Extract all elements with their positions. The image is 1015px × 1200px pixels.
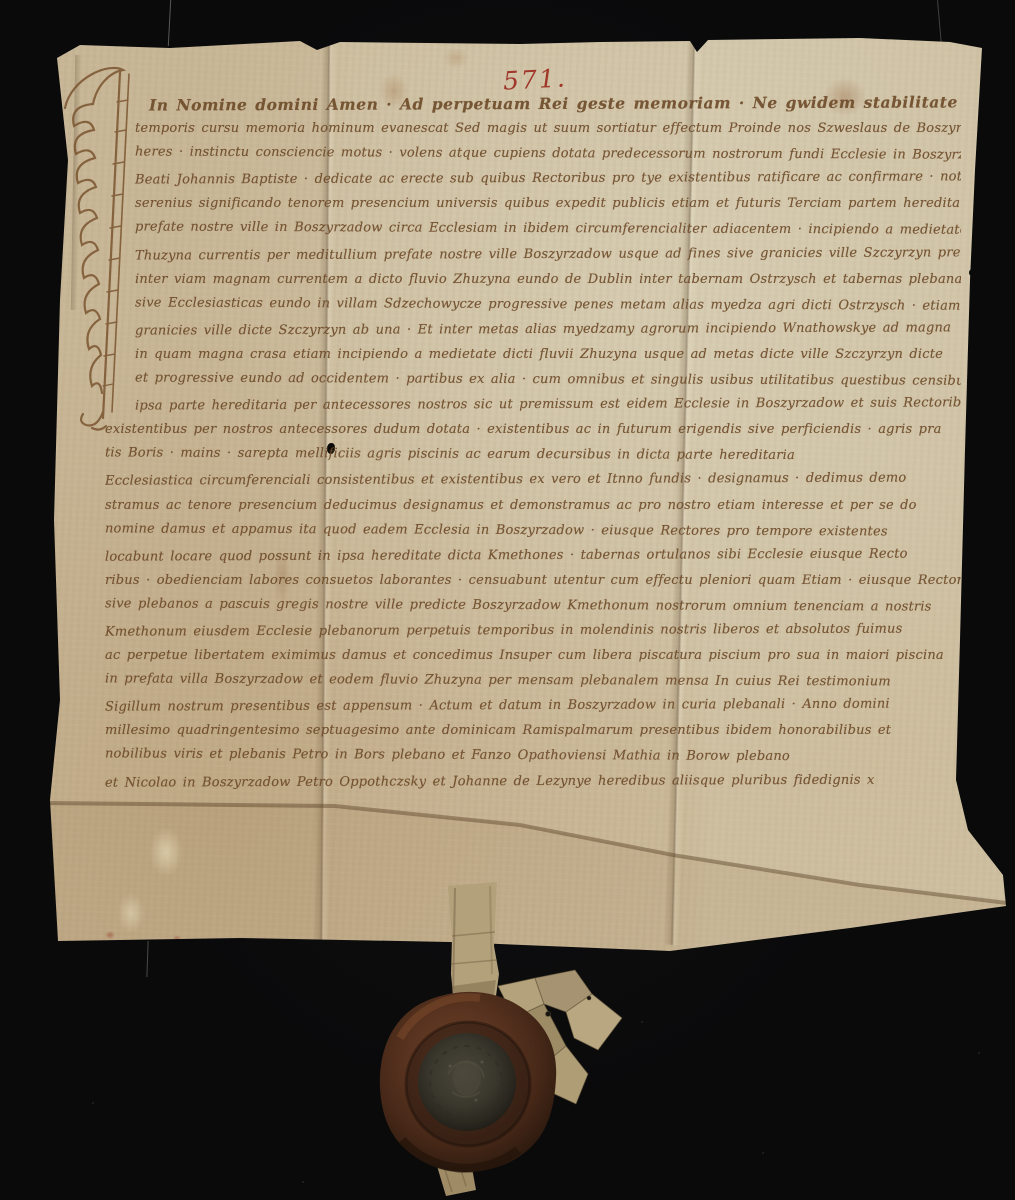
dust-speck xyxy=(92,1102,94,1104)
stain xyxy=(173,935,181,942)
manuscript-text-line: temporis cursu memoria hominum evanescat… xyxy=(105,116,961,141)
stain xyxy=(117,893,145,933)
manuscript-text-line: sive Ecclesiasticas eundo in villam Sdze… xyxy=(105,290,961,318)
seal-tag xyxy=(448,882,499,1011)
manuscript-text-line: inter viam magnam currentem a dicto fluv… xyxy=(105,267,961,292)
manuscript-text-line: locabunt locare quod possunt in ipsa her… xyxy=(105,541,961,569)
stain xyxy=(105,931,115,939)
manuscript-text-line: ipsa parte hereditaria per antecessores … xyxy=(105,390,961,418)
manuscript-text-line: ribus · obedienciam labores consuetos la… xyxy=(105,568,961,593)
seal-assembly xyxy=(330,878,660,1200)
manuscript-text-line: granicies ville dicte Szczyrzyn ab una ·… xyxy=(105,315,961,343)
dust-fiber xyxy=(168,0,171,46)
manuscript-text-line: Ecclesiastica circumferenciali consisten… xyxy=(105,466,961,494)
manuscript-text-line: sive plebanos a pascuis gregis nostre vi… xyxy=(105,591,961,619)
parchment: 571. In Nomine domini Amen · Ad perpetua… xyxy=(45,35,1007,953)
manuscript-text-line: et progressive eundo ad occidentem · par… xyxy=(105,365,961,393)
dust-speck xyxy=(978,1052,980,1054)
wax-seal xyxy=(380,992,556,1172)
manuscript-text-line: nomine damus et appamus ita quod eadem E… xyxy=(105,516,961,544)
dust-fiber xyxy=(146,941,148,977)
manuscript-text-line: in prefata villa Boszyrzadow et eodem fl… xyxy=(105,667,961,695)
manuscript-text-line: Kmethonum eiusdem Ecclesie plebanorum pe… xyxy=(105,616,961,644)
manuscript-text-line: Thuzyna currentis per meditullium prefat… xyxy=(105,240,961,268)
dust-speck xyxy=(762,1152,764,1154)
manuscript-text-line: in quam magna crasa etiam incipiendo a m… xyxy=(105,342,961,367)
seal-center xyxy=(418,1033,516,1131)
manuscript-text-line: serenius significando tenorem presencium… xyxy=(105,191,961,216)
manuscript-text-line: stramus ac tenore presencium deducimus d… xyxy=(105,493,961,518)
manuscript-text-line: heres · instinctu consciencie motus · vo… xyxy=(105,140,961,168)
manuscript-photo: 571. In Nomine domini Amen · Ad perpetua… xyxy=(0,0,1015,1200)
manuscript-text-line: et Nicolao in Boszyrzadow Petro Oppothcz… xyxy=(105,767,961,795)
charter-text: In Nomine domini Amen · Ad perpetuam Rei… xyxy=(105,91,961,794)
manuscript-text-line: prefate nostre ville in Boszyrzadow circ… xyxy=(105,215,961,243)
manuscript-text-line: millesimo quadringentesimo septuagesimo … xyxy=(105,718,961,743)
dust-speck xyxy=(302,1181,304,1183)
stain xyxy=(443,47,469,69)
manuscript-text-line: nobilibus viris et plebanis Petro in Bor… xyxy=(105,742,961,770)
manuscript-text-line: existentibus per nostros antecessores du… xyxy=(105,417,961,442)
parchment-hole xyxy=(969,269,976,276)
stain xyxy=(149,827,183,877)
manuscript-text-line: Beati Johannis Baptiste · dedicate ac er… xyxy=(105,165,961,193)
manuscript-text-line: ac perpetue libertatem eximimus damus et… xyxy=(105,643,961,668)
manuscript-text-line: Sigillum nostrum presentibus est appensu… xyxy=(105,692,961,720)
manuscript-text-line: tis Boris · mains · sarepta mellificiis … xyxy=(105,441,961,469)
manuscript-text-line: In Nomine domini Amen · Ad perpetuam Rei… xyxy=(105,89,961,117)
